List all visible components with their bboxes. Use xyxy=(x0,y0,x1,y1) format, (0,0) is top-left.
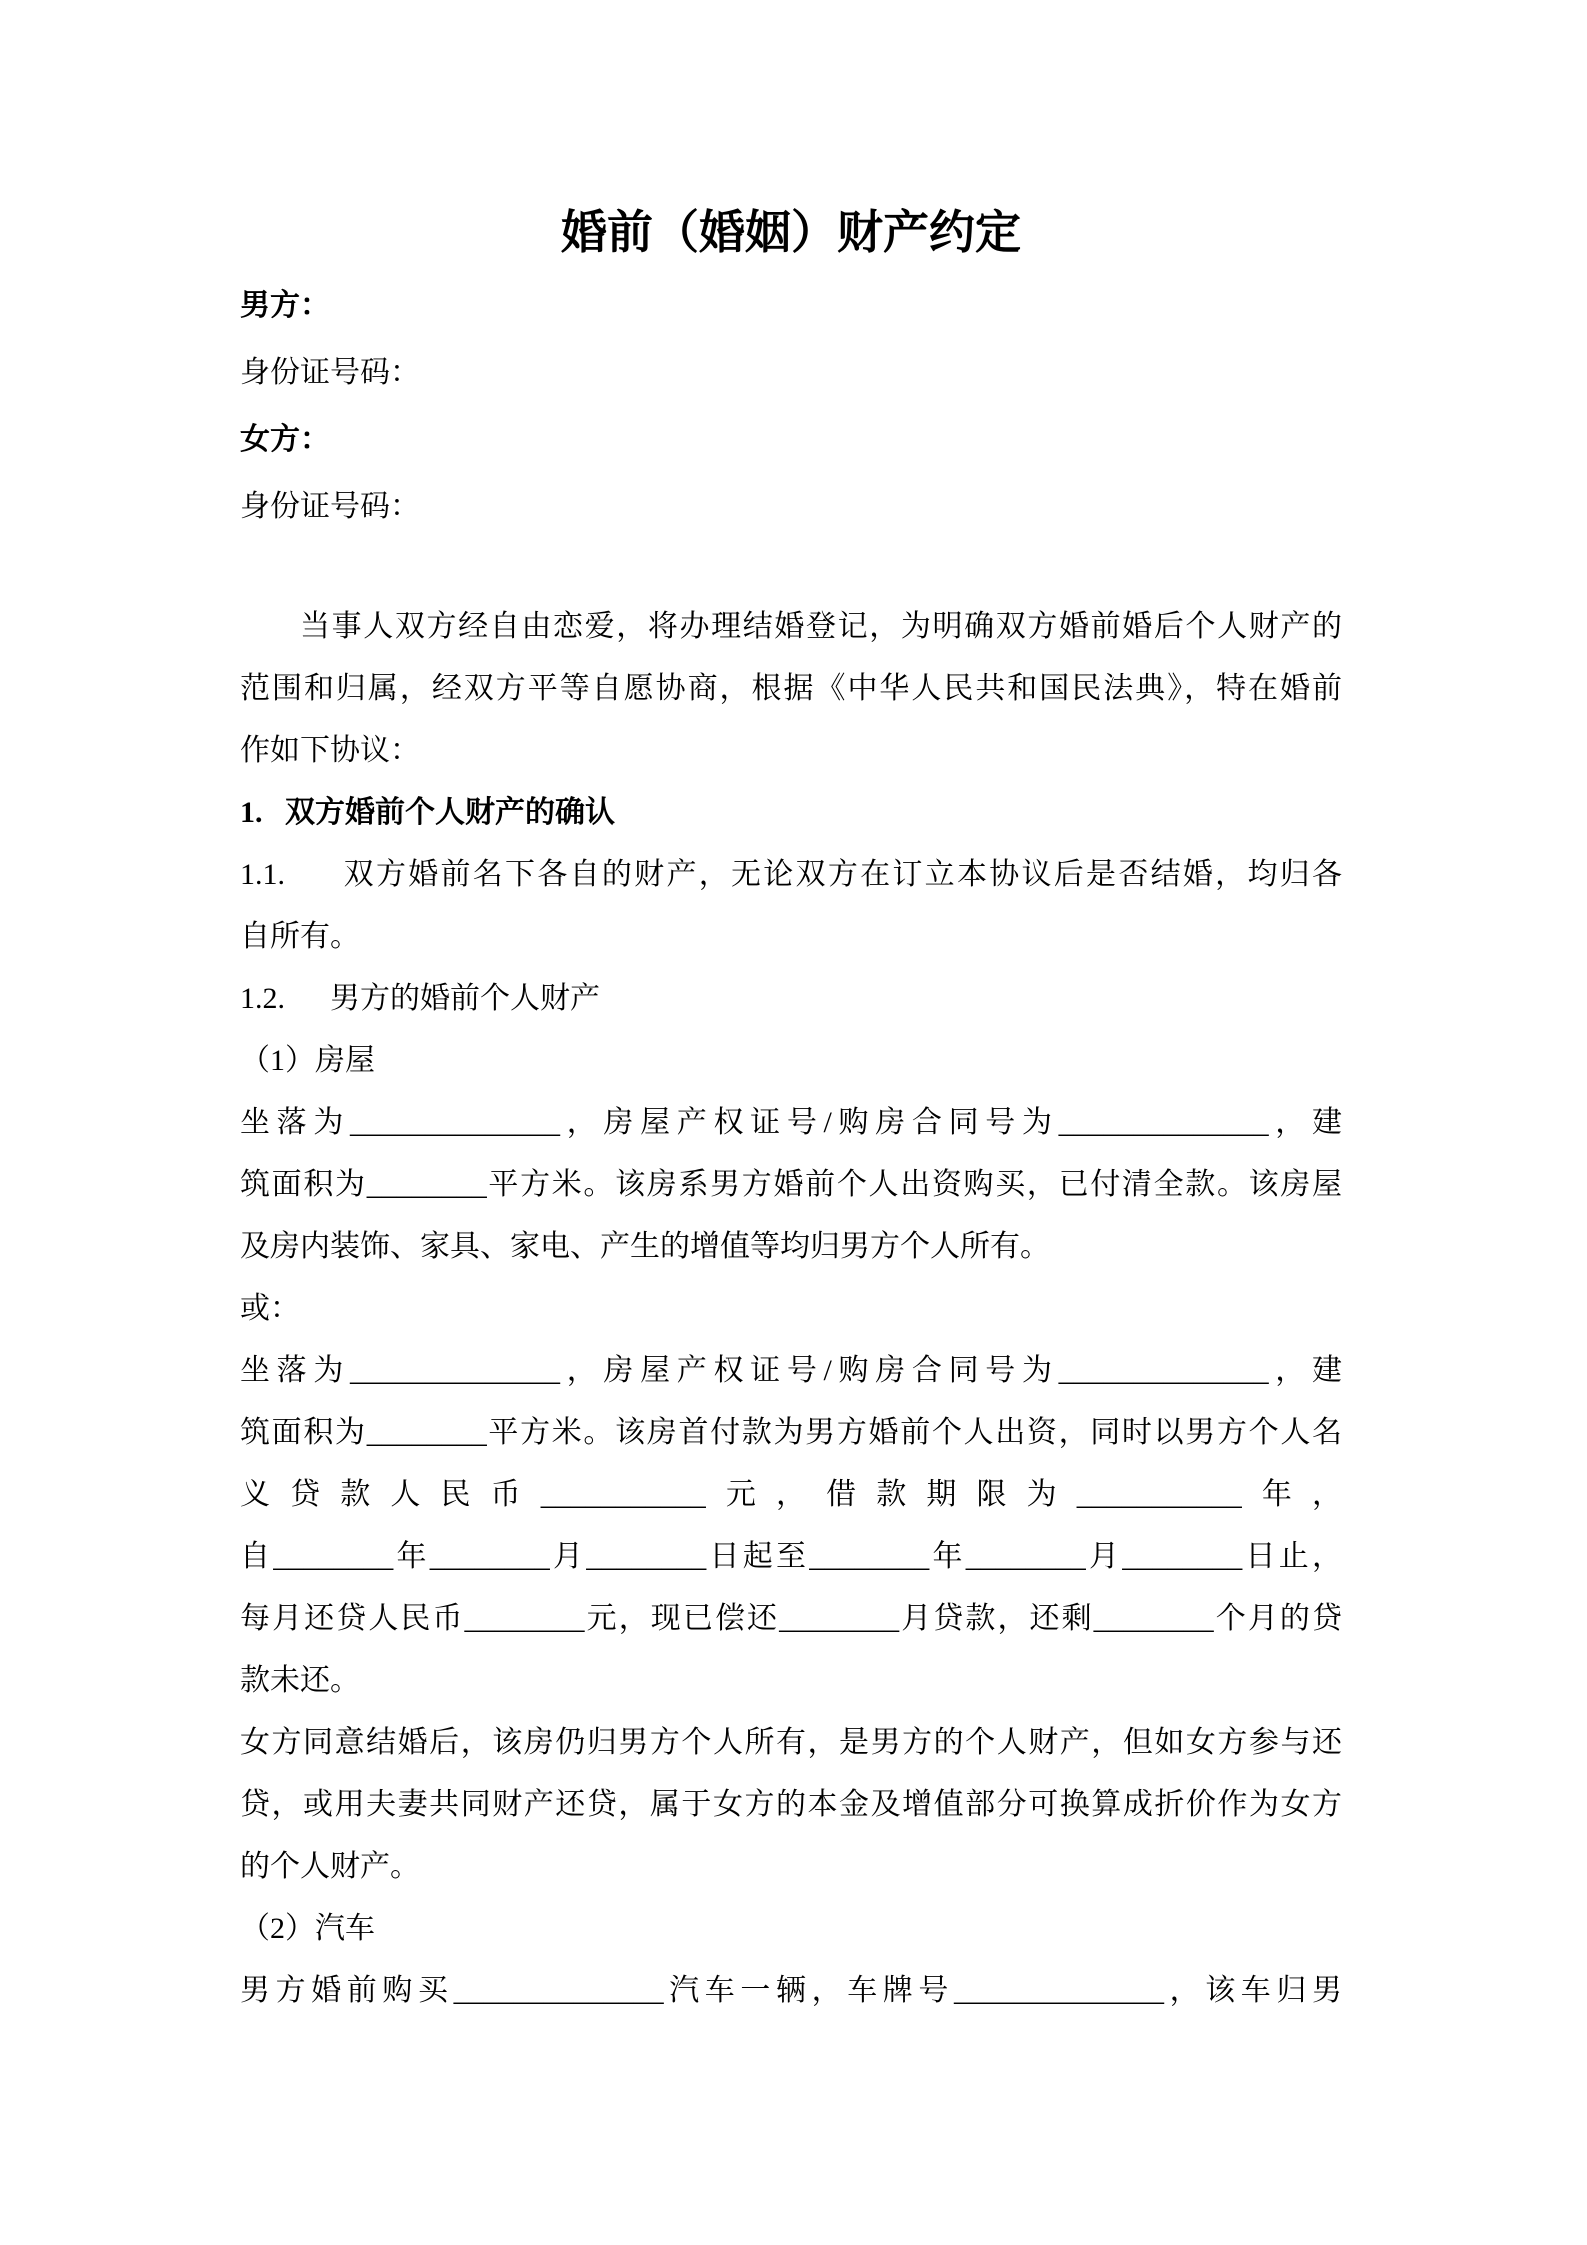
document-page: 婚前（婚姻）财产约定 男方：身份证号码：女方：身份证号码：当事人双方经自由恋爱，… xyxy=(0,0,1587,2245)
document-line: 女方同意结婚后，该房仍归男方个人所有，是男方的个人财产，但如女方参与还 xyxy=(240,1712,1342,1774)
document-line: 的个人财产。 xyxy=(240,1836,1342,1898)
document-line: 款未还。 xyxy=(240,1650,1342,1712)
document-body: 男方：身份证号码：女方：身份证号码：当事人双方经自由恋爱，将办理结婚登记，为明确… xyxy=(240,272,1342,2022)
document-line: （2）汽车 xyxy=(240,1898,1342,1960)
document-line: 1. 双方婚前个人财产的确认 xyxy=(240,782,1342,844)
document-line: 男方： xyxy=(240,272,1342,339)
document-line: 义贷款人民币___________元，借款期限为___________年， xyxy=(240,1464,1342,1526)
document-line: 身份证号码： xyxy=(240,339,1342,406)
document-title: 婚前（婚姻）财产约定 xyxy=(240,202,1342,264)
document-line: 坐落为______________，房屋产权证号/购房合同号为_________… xyxy=(240,1092,1342,1154)
document-content: 婚前（婚姻）财产约定 男方：身份证号码：女方：身份证号码：当事人双方经自由恋爱，… xyxy=(240,0,1342,2022)
document-line: 作如下协议： xyxy=(240,720,1342,782)
document-line: 自所有。 xyxy=(240,906,1342,968)
document-line: 筑面积为________平方米。该房首付款为男方婚前个人出资，同时以男方个人名 xyxy=(240,1402,1342,1464)
document-line: （1）房屋 xyxy=(240,1030,1342,1092)
document-line: 坐落为______________，房屋产权证号/购房合同号为_________… xyxy=(240,1340,1342,1402)
document-line: 范围和归属，经双方平等自愿协商，根据《中华人民共和国民法典》，特在婚前 xyxy=(240,658,1342,720)
document-line: 及房内装饰、家具、家电、产生的增值等均归男方个人所有。 xyxy=(240,1216,1342,1278)
document-line: 男方婚前购买______________汽车一辆，车牌号____________… xyxy=(240,1960,1342,2022)
document-line: 1.1. 双方婚前名下各自的财产，无论双方在订立本协议后是否结婚，均归各 xyxy=(240,844,1342,906)
document-line: 筑面积为________平方米。该房系男方婚前个人出资购买，已付清全款。该房屋 xyxy=(240,1154,1342,1216)
document-line: 1.2. 男方的婚前个人财产 xyxy=(240,968,1342,1030)
document-line: 或： xyxy=(240,1278,1342,1340)
document-line: 自________年________月________日起至________年_… xyxy=(240,1526,1342,1588)
document-line: 女方： xyxy=(240,406,1342,473)
document-line: 贷，或用夫妻共同财产还贷，属于女方的本金及增值部分可换算成折价作为女方 xyxy=(240,1774,1342,1836)
document-line: 当事人双方经自由恋爱，将办理结婚登记，为明确双方婚前婚后个人财产的 xyxy=(240,596,1342,658)
document-line: 每月还贷人民币________元，现已偿还________月贷款，还剩_____… xyxy=(240,1588,1342,1650)
document-line: 身份证号码： xyxy=(240,473,1342,540)
